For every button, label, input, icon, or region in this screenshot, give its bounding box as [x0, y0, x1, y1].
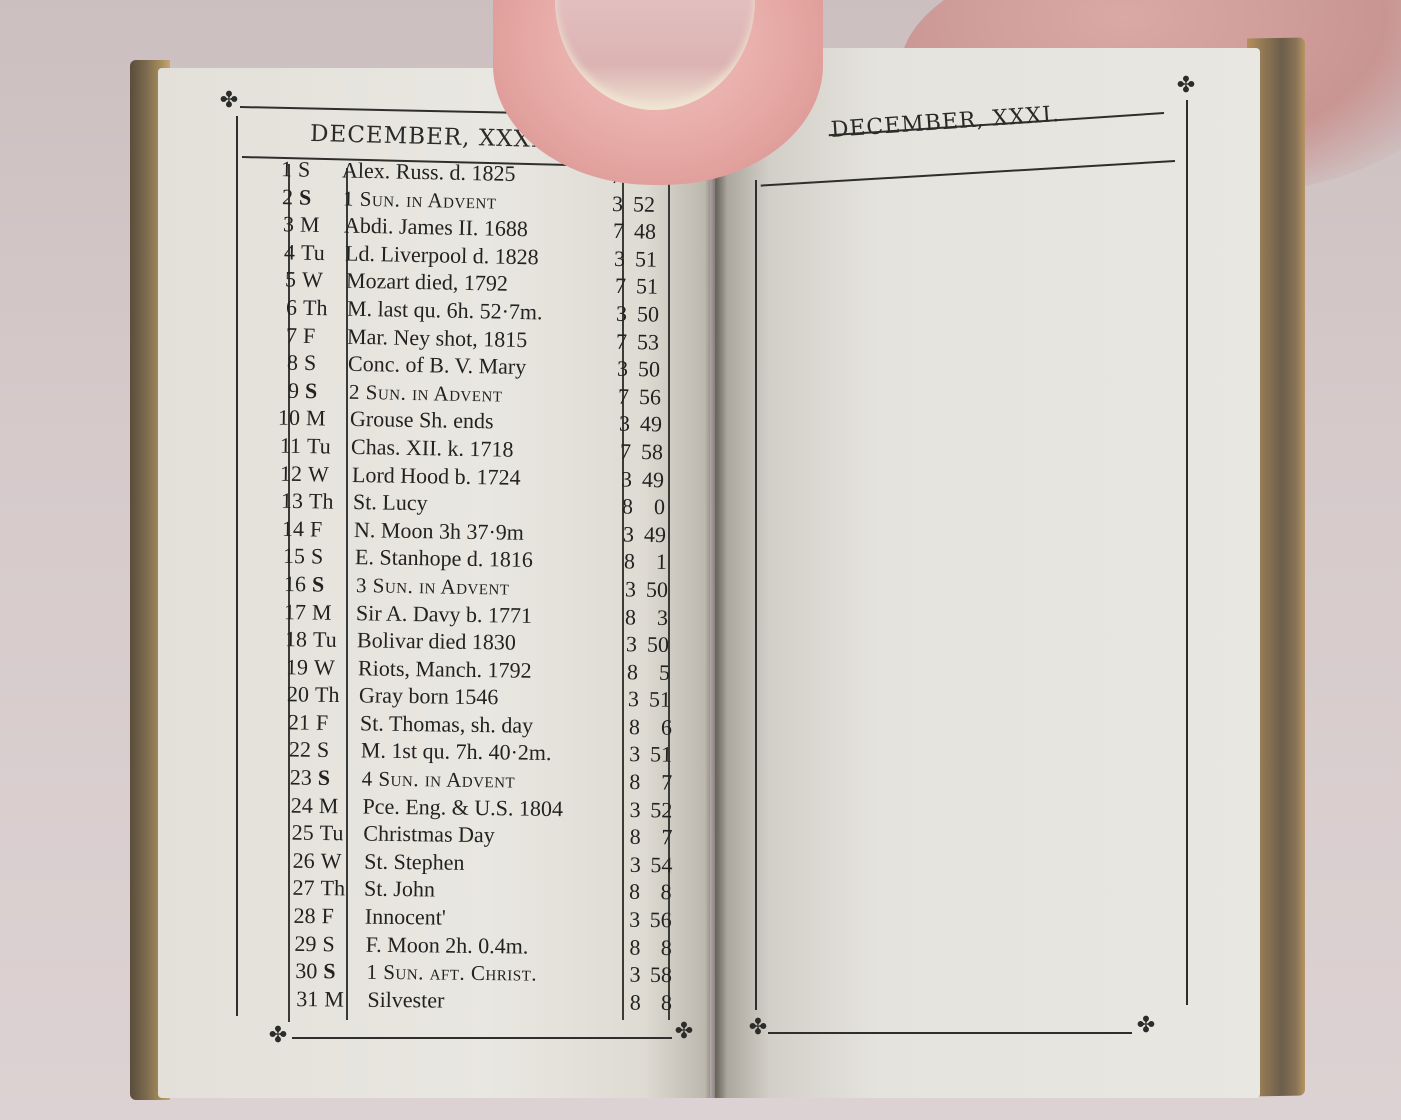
- sun-minute: 8: [641, 989, 673, 1015]
- weekday: W: [314, 848, 358, 875]
- event-text: St. John: [358, 876, 623, 905]
- weekday: Th: [303, 488, 347, 515]
- sun-hour: 3: [612, 411, 630, 437]
- day-number: 15: [274, 543, 304, 569]
- quatrefoil-icon: ✤: [1136, 1016, 1156, 1036]
- event-text: 3 Sun. in Advent: [349, 573, 617, 602]
- day-number: 2: [263, 183, 294, 210]
- day-number: 25: [283, 820, 313, 846]
- day-number: 9: [269, 377, 299, 404]
- sun-hour: 3: [608, 301, 626, 327]
- weekday: S: [305, 571, 349, 598]
- sun-minute: 49: [632, 466, 664, 493]
- weekday: W: [308, 654, 352, 681]
- weekday: Tu: [301, 433, 345, 460]
- event-text: St. Lucy: [347, 489, 615, 519]
- weekday: Th: [315, 875, 359, 902]
- quatrefoil-icon: ✤: [219, 91, 239, 111]
- day-number: 29: [287, 930, 317, 956]
- day-number: 8: [268, 349, 298, 376]
- event-text: Abdi. James II. 1688: [338, 213, 606, 244]
- quatrefoil-icon: ✤: [674, 1022, 694, 1042]
- quatrefoil-icon: ✤: [1176, 76, 1196, 96]
- day-number: 12: [272, 460, 302, 487]
- weekday: F: [316, 903, 360, 929]
- sun-hour: 3: [614, 466, 632, 492]
- weekday: S: [298, 350, 342, 377]
- sun-hour: 3: [605, 190, 624, 216]
- sun-minute: 48: [624, 218, 657, 245]
- sun-minute: 53: [627, 329, 659, 356]
- event-text: N. Moon 3h 37·9m: [348, 517, 616, 547]
- day-number: 18: [277, 626, 307, 652]
- weekday: M: [300, 405, 344, 432]
- day-number: 17: [276, 598, 306, 624]
- sun-hour: 8: [620, 659, 638, 685]
- event-text: Ld. Liverpool d. 1828: [338, 240, 606, 271]
- sun-hour: 3: [610, 356, 628, 382]
- weekday: S: [299, 378, 343, 405]
- right-frame-right-rule: [1186, 100, 1188, 1005]
- sun-hour: 7: [606, 218, 625, 244]
- right-frame-left-rule: [755, 180, 757, 1010]
- day-number: 26: [284, 847, 314, 873]
- day-number: 27: [285, 875, 315, 901]
- event-text: 4 Sun. in Advent: [355, 766, 622, 795]
- sun-minute: 7: [640, 824, 672, 850]
- sun-minute: 1: [634, 549, 666, 576]
- day-number: 6: [266, 294, 296, 321]
- right-frame-bottom-rule: [768, 1032, 1132, 1034]
- day-number: 24: [283, 792, 313, 818]
- calendar-row: 31MSilvester88: [289, 986, 672, 1018]
- weekday: W: [302, 461, 346, 488]
- sun-minute: 52: [623, 191, 656, 218]
- sun-minute: 52: [640, 797, 672, 823]
- sun-hour: 8: [623, 989, 641, 1015]
- sun-hour: 8: [618, 604, 636, 630]
- sun-minute: 7: [640, 769, 672, 795]
- sun-minute: 51: [639, 687, 671, 713]
- day-number: 30: [288, 958, 318, 984]
- weekday: Th: [296, 295, 340, 322]
- sun-hour: 3: [619, 631, 637, 657]
- quatrefoil-icon: ✤: [748, 1018, 768, 1038]
- sun-hour: 7: [609, 328, 627, 354]
- weekday: Tu: [313, 820, 357, 847]
- sun-minute: 51: [640, 742, 672, 768]
- sun-hour: 3: [615, 521, 633, 547]
- weekday: M: [306, 599, 350, 626]
- sun-hour: 7: [613, 438, 631, 464]
- sun-hour: 3: [623, 907, 641, 933]
- sun-minute: 56: [629, 384, 661, 411]
- event-text: Chas. XII. k. 1718: [345, 434, 613, 465]
- sun-minute: 50: [635, 576, 667, 602]
- day-number: 22: [281, 737, 311, 763]
- day-number: 5: [265, 266, 296, 293]
- event-text: Mar. Ney shot, 1815: [341, 323, 609, 354]
- event-text: St. Thomas, sh. day: [354, 710, 622, 740]
- sun-hour: 3: [622, 797, 640, 823]
- event-text: 1 Sun. in Advent: [337, 186, 605, 217]
- weekday: Tu: [307, 627, 351, 654]
- sun-minute: 49: [630, 411, 662, 438]
- sun-minute: 50: [637, 632, 669, 658]
- event-text: St. Stephen: [358, 848, 623, 877]
- sun-minute: 50: [628, 356, 660, 383]
- sun-hour: 8: [622, 824, 640, 850]
- book-gutter: [705, 168, 727, 1098]
- day-number: 10: [270, 405, 300, 432]
- weekday: S: [292, 156, 337, 183]
- frame-bottom-rule: [292, 1037, 672, 1039]
- day-number: 3: [264, 211, 295, 238]
- day-number: 11: [271, 432, 301, 459]
- sun-hour: 3: [622, 852, 640, 878]
- weekday: M: [294, 212, 339, 239]
- day-number: 19: [278, 654, 308, 680]
- sun-hour: 8: [616, 549, 634, 575]
- weekday: S: [316, 931, 360, 957]
- sun-minute: 51: [624, 246, 657, 273]
- sun-hour: 7: [611, 383, 629, 409]
- weekday: Tu: [294, 239, 339, 266]
- event-text: M. 1st qu. 7h. 40·2m.: [355, 738, 623, 768]
- thumbnail: [555, 0, 755, 110]
- day-number: 31: [289, 986, 319, 1012]
- weekday: S: [311, 737, 355, 764]
- day-number: 20: [279, 681, 309, 707]
- sun-hour: 8: [623, 879, 641, 905]
- weekday: S: [293, 184, 338, 211]
- day-number: 16: [275, 571, 305, 597]
- sun-minute: 50: [626, 301, 658, 328]
- day-number: 28: [286, 903, 316, 929]
- event-text: Mozart died, 1792: [339, 268, 607, 299]
- weekday: W: [295, 267, 339, 294]
- weekday: S: [304, 544, 348, 571]
- weekday: S: [317, 958, 360, 984]
- event-text: Silvester: [361, 987, 623, 1016]
- sun-hour: 8: [622, 769, 640, 795]
- sun-hour: 3: [621, 686, 639, 712]
- calendar-table: 1SAlex. Russ. d. 18257462S1 Sun. in Adve…: [262, 160, 672, 1015]
- sun-minute: 51: [625, 273, 658, 300]
- calendar-row: 28FInnocent'356: [286, 903, 672, 935]
- event-text: Christmas Day: [357, 821, 623, 850]
- calendar-row: 30S1 Sun. aft. Christ.358: [288, 958, 672, 990]
- sun-hour: 3: [617, 576, 635, 602]
- right-page: [715, 48, 1260, 1098]
- event-text: Innocent': [359, 904, 623, 933]
- event-text: Riots, Manch. 1792: [352, 655, 620, 685]
- quatrefoil-icon: ✤: [268, 1026, 288, 1046]
- event-text: Sir A. Davy b. 1771: [350, 600, 618, 630]
- sun-minute: 8: [640, 934, 672, 960]
- day-number: 14: [274, 515, 304, 541]
- sun-minute: 5: [638, 659, 670, 685]
- photo-scene: ✤ DECEMBER, XXXI. 1SAlex. Russ. d. 18257…: [0, 0, 1401, 1120]
- sun-hour: 3: [606, 246, 625, 272]
- event-text: 2 Sun. in Advent: [343, 379, 611, 409]
- event-text: Lord Hood b. 1724: [346, 461, 614, 492]
- event-text: Pce. Eng. & U.S. 1804: [356, 793, 622, 822]
- weekday: Th: [309, 682, 353, 709]
- sun-minute: 49: [633, 521, 665, 548]
- event-text: Gray born 1546: [353, 683, 621, 713]
- sun-hour: 3: [622, 741, 640, 767]
- weekday: S: [312, 765, 356, 792]
- sun-minute: 58: [631, 439, 663, 466]
- day-number: 1: [262, 156, 293, 183]
- sun-minute: 0: [633, 494, 665, 521]
- weekday: F: [297, 322, 341, 349]
- weekday: F: [304, 516, 348, 543]
- event-text: 1 Sun. aft. Christ.: [361, 960, 624, 988]
- day-number: 23: [282, 764, 312, 790]
- event-text: E. Stanhope d. 1816: [348, 544, 616, 574]
- sun-hour: 8: [622, 714, 640, 740]
- sun-minute: 54: [640, 852, 672, 878]
- event-text: Bolivar died 1830: [351, 627, 619, 657]
- weekday: F: [310, 710, 354, 737]
- weekday: M: [318, 986, 361, 1012]
- event-text: F. Moon 2h. 0.4m.: [360, 931, 623, 960]
- day-number: 4: [264, 239, 295, 266]
- weekday: M: [312, 793, 356, 820]
- sun-minute: 56: [640, 907, 672, 933]
- event-text: Grouse Sh. ends: [344, 406, 612, 437]
- sun-minute: 3: [636, 604, 668, 630]
- day-number: 21: [280, 709, 310, 735]
- event-text: M. last qu. 6h. 52·7m.: [340, 295, 608, 326]
- sun-hour: 3: [623, 962, 641, 988]
- sun-minute: 58: [641, 962, 673, 988]
- sun-hour: 7: [607, 273, 626, 299]
- event-text: Conc. of B. V. Mary: [342, 351, 610, 382]
- day-number: 7: [267, 322, 297, 349]
- sun-hour: 8: [623, 934, 641, 960]
- frame-left-rule: [236, 116, 238, 1016]
- sun-minute: 8: [640, 879, 672, 905]
- sun-minute: 6: [640, 714, 672, 740]
- day-number: 13: [273, 488, 303, 514]
- sun-hour: 8: [615, 494, 633, 520]
